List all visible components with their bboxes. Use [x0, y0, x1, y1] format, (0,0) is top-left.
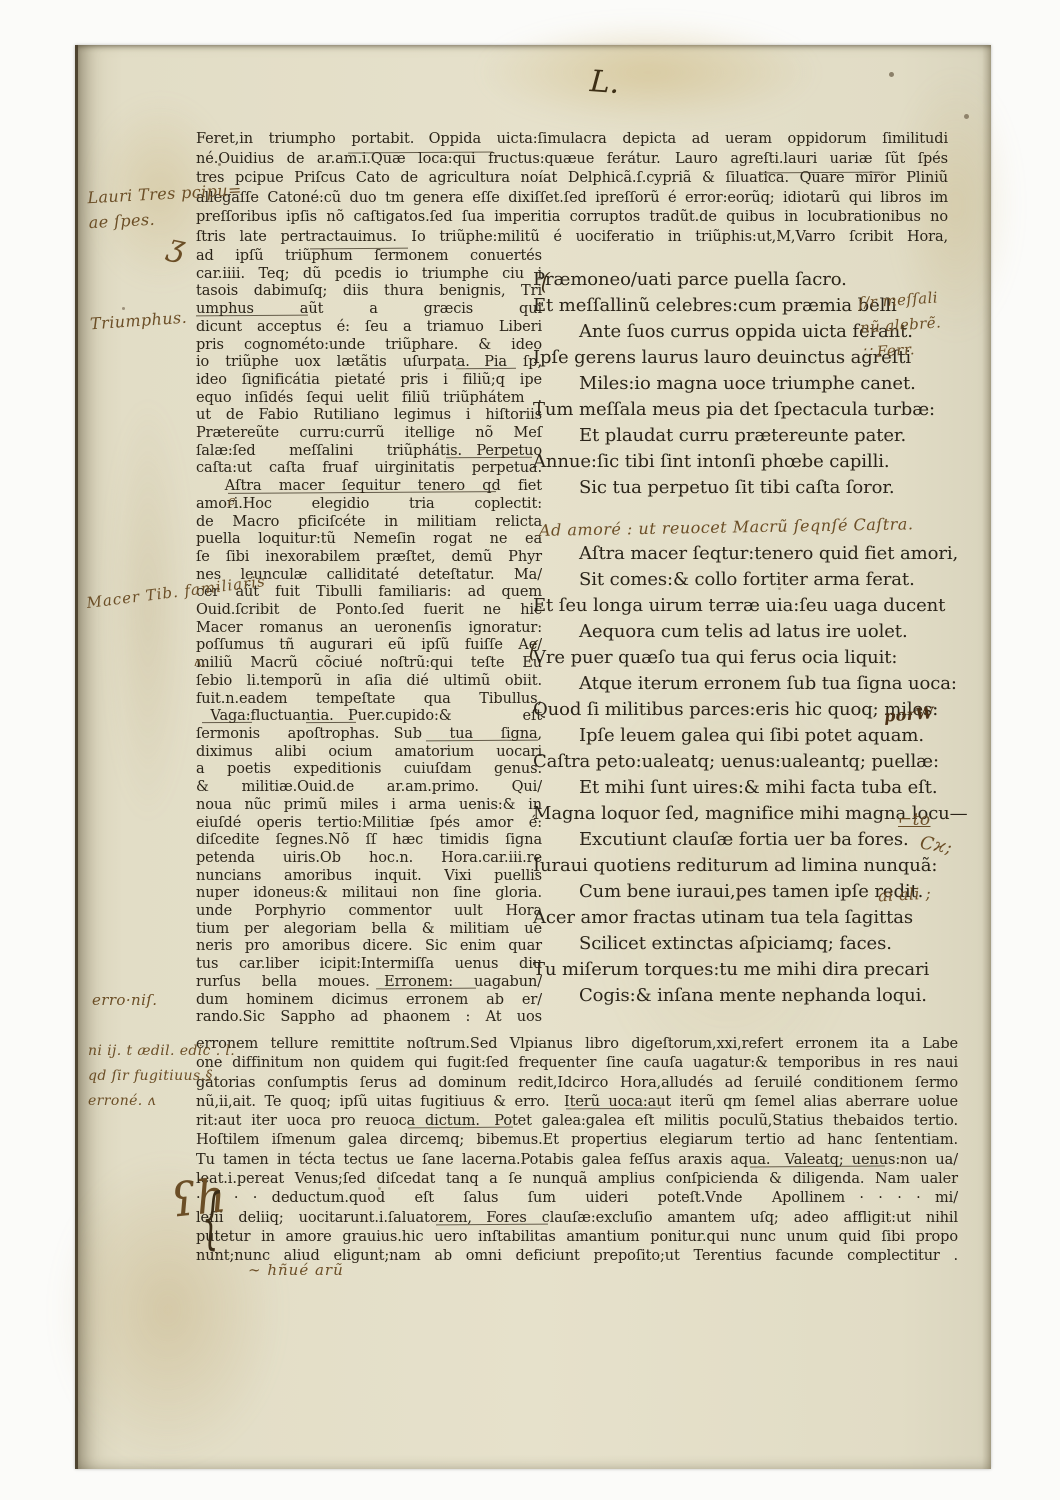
folio-number: L.: [589, 64, 621, 101]
bottom-hand-note: ∼ hñué arũ: [248, 1261, 344, 1279]
verse-line: Sit comes:& collo fortiter arma ferat.: [533, 567, 983, 593]
hand-paren-2: ⟮: [528, 637, 536, 662]
margin-letter-c: c: [228, 494, 236, 509]
margin-note-messalinum: ſ/r meſſali nũ alebrẽ. ∵ Ferr.: [858, 281, 1003, 366]
verse-line: Cogis:& inſana mente nephanda loqui.: [533, 983, 983, 1009]
verse-line: Scilicet extinctas aſpiciamq; faces.: [533, 931, 983, 957]
margin-note-triumphus: Triumphus.: [89, 308, 187, 334]
verse-line: Ipſe leuem galea qui ſibi potet aquam.: [533, 723, 983, 749]
verse-line: Iuraui quotiens rediturum ad limina nunq…: [533, 853, 983, 879]
hand-brace: {: [202, 1181, 222, 1258]
verse-line: Et ſeu longa uirum terræ uia:ſeu uaga du…: [533, 593, 983, 619]
margin-note-erronis: erro·niſ.: [92, 991, 157, 1009]
commentary-left-column: ad ipſũ triũphum ſermonem conuertés car.…: [196, 248, 542, 1027]
verse-line: Annue:ſic tibi ſint intonſi phœbe capill…: [533, 449, 983, 475]
verse-line: Miles:io magna uoce triumphe canet.: [533, 371, 983, 397]
hand-paren-1: ⟮: [540, 269, 548, 294]
paper-specks: [78, 45, 81, 48]
verse-line: Vre puer quæſo tua qui ferus ocia liquit…: [533, 645, 983, 671]
margin-note-lauri: Lauri Tres pcipu= ae ſpes.: [87, 177, 249, 235]
margin-note-to: ⌐to: [898, 810, 931, 830]
photo-background: L. Feret,in triumpho portabit. Oppida ui…: [0, 0, 1060, 1500]
paper-stain: [478, 20, 818, 125]
interlinear-hand-note: Ad amoré : ut reuocet Macrũ ſeqnſé Caſtr…: [539, 511, 983, 543]
margin-flourish: ʒ: [165, 228, 189, 266]
commentary-top-block: Feret,in triumpho portabit. Oppida uicta…: [196, 130, 948, 248]
verse-line: Atque iterum erronem ſub tua ſigna uoca:: [533, 671, 983, 697]
verse-line: Et plaudat curru prætereunte pater.: [533, 423, 983, 449]
verse-group-2: Aſtra macer ſeqtur:tenero quid fiet amor…: [533, 541, 983, 1009]
margin-note-aiali: ai ali ;: [878, 884, 932, 906]
verse-line: Caſtra peto:ualeatq; uenus:ualeantq; pue…: [533, 749, 983, 775]
verse-line: Excutiunt clauſæ fortia uer ba fores.: [533, 827, 983, 853]
verse-line: Sic tua perpetuo ſit tibi caſta ſoror.: [533, 475, 983, 501]
verse-line: Acer amor fractas utinam tua tela ſagitt…: [533, 905, 983, 931]
verse-line: Et mihi ſunt uires:& mihi facta tuba eſt…: [533, 775, 983, 801]
verse-line: Aequora cum telis ad latus ire uolet.: [533, 619, 983, 645]
margin-caret-mark: ʌ.: [194, 655, 206, 670]
verse-line: Tu miſerum torques:tu me mihi dira preca…: [533, 957, 983, 983]
margin-note-porw: porW: [883, 703, 934, 725]
book-page: L. Feret,in triumpho portabit. Oppida ui…: [75, 45, 991, 1469]
verse-line: Tum meſſala meus pia det ſpectacula turb…: [533, 397, 983, 423]
paper-stain: [108, 395, 188, 825]
commentary-bottom-block: erronem tellure remittite noſtrum.Sed Vl…: [196, 1035, 958, 1267]
verse-line: Aſtra macer ſeqtur:tenero quid fiet amor…: [533, 541, 983, 567]
margin-note-digest-citation: ni ij. t ædil. edic . l. qd ſir fugitiuu…: [88, 1039, 258, 1114]
